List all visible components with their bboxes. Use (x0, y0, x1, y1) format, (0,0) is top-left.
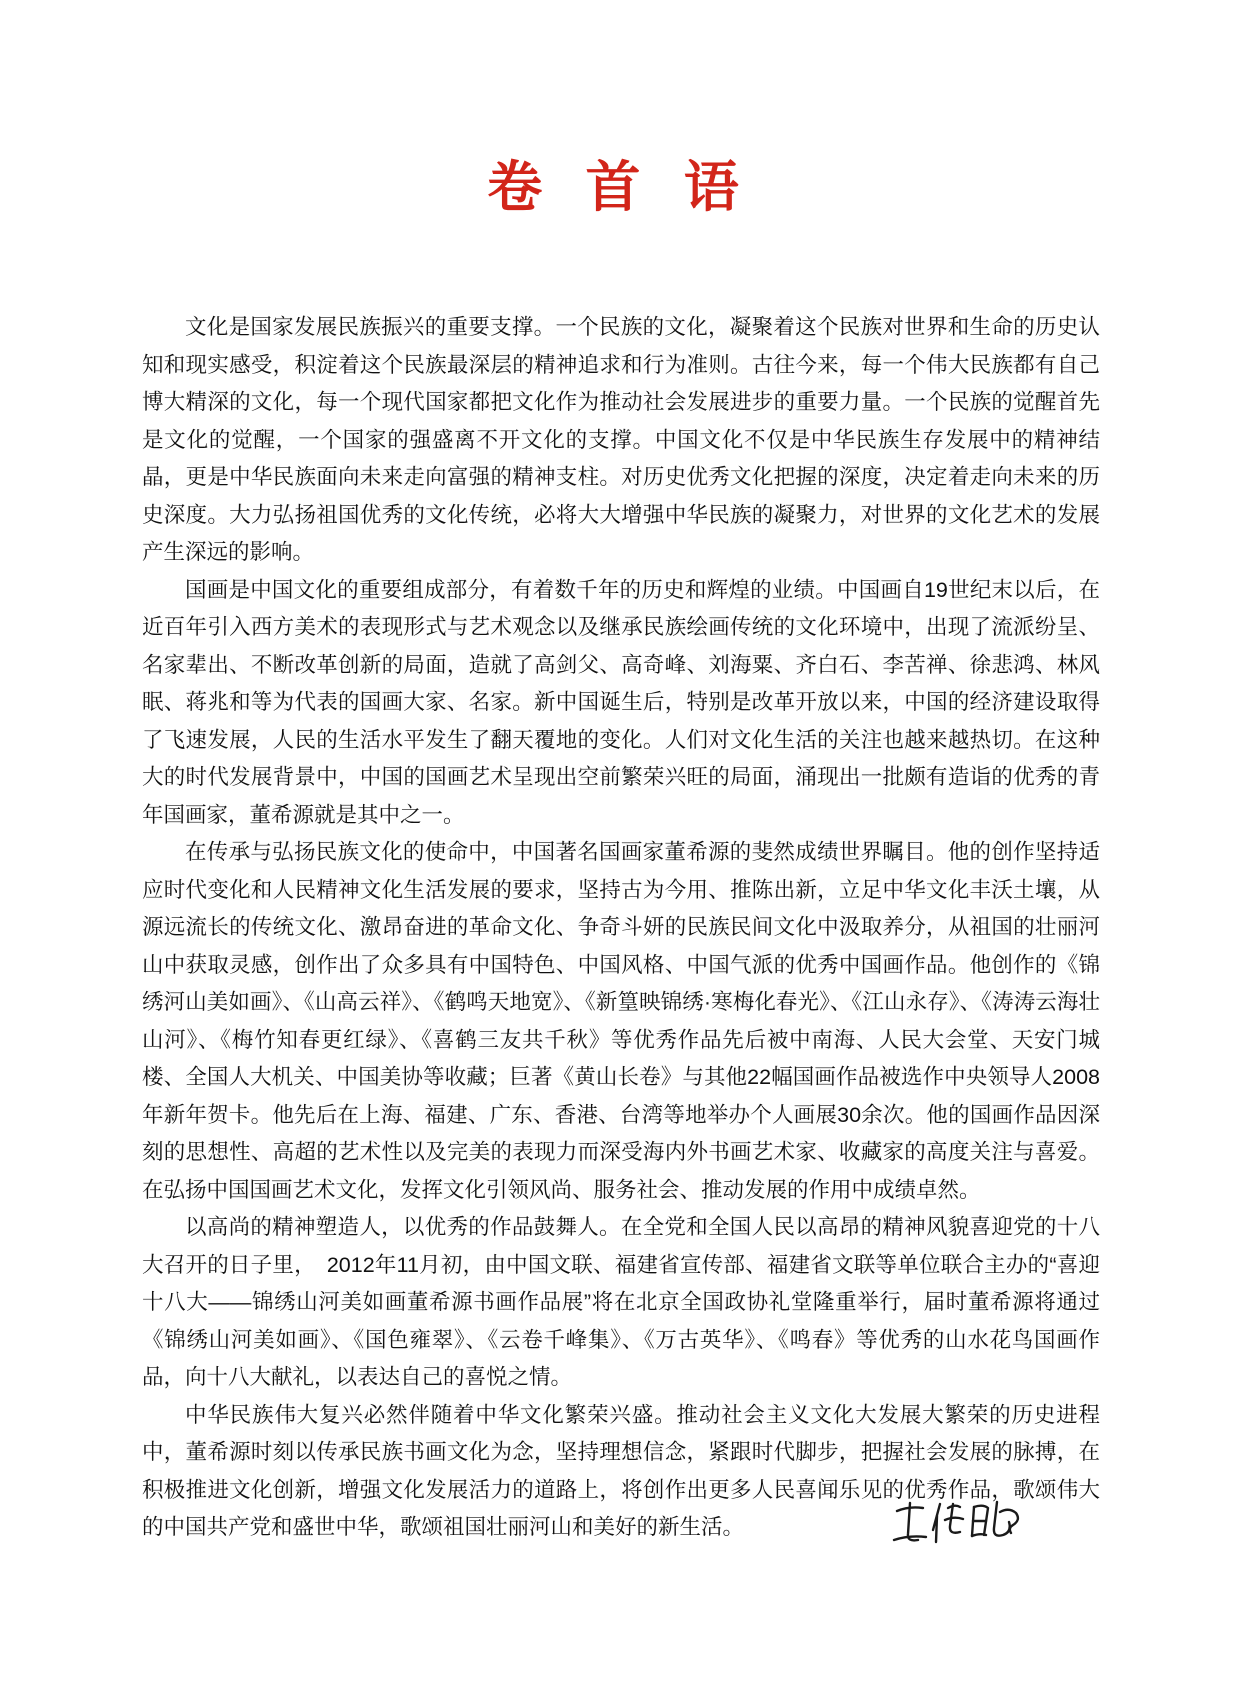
foreword-page: 卷 首 语 文化是国家发展民族振兴的重要支撑。一个民族的文化，凝聚着这个民族对世… (0, 0, 1240, 1683)
foreword-body: 文化是国家发展民族振兴的重要支撑。一个民族的文化，凝聚着这个民族对世界和生命的历… (142, 309, 1100, 1547)
paragraph-4: 以高尚的精神塑造人，以优秀的作品鼓舞人。在全党和全国人民以高昂的精神风貌喜迎党的… (142, 1209, 1100, 1397)
paragraph-2: 国画是中国文化的重要组成部分，有着数千年的历史和辉煌的业绩。中国画自19世纪末以… (142, 572, 1100, 835)
signature-ink-icon (890, 1488, 1035, 1558)
paragraph-3: 在传承与弘扬民族文化的使命中，中国著名国画家董希源的斐然成绩世界瞩目。他的创作坚… (142, 834, 1100, 1209)
page-title: 卷 首 语 (0, 160, 1240, 215)
paragraph-1: 文化是国家发展民族振兴的重要支撑。一个民族的文化，凝聚着这个民族对世界和生命的历… (142, 309, 1100, 572)
signature-handwriting (890, 1488, 1035, 1558)
